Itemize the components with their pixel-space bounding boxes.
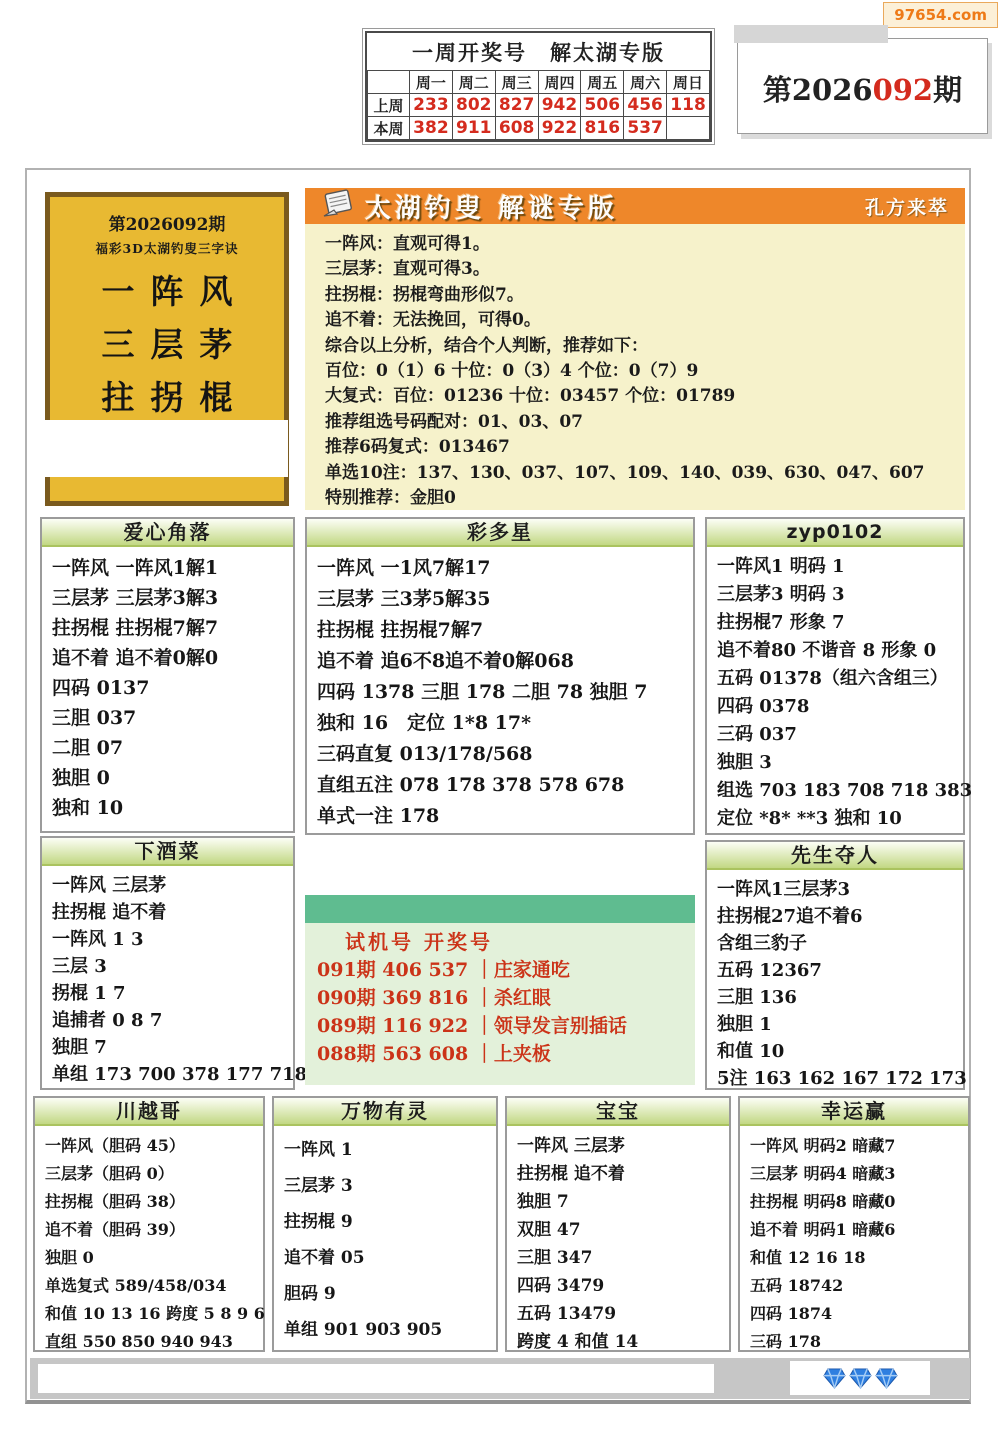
tip-line: 三层茅 3 [284, 1168, 486, 1204]
column-header: 周五 [581, 71, 624, 94]
tip-line: 四码 0137 [52, 673, 283, 703]
tip-line: 一阵风 明码2 暗藏7 [750, 1132, 958, 1160]
tip-line: 跨度 4 和值 14 [517, 1328, 719, 1356]
tip-line: 拄拐棍 9 [284, 1204, 486, 1240]
analysis-line: 推荐6码复式：013467 [325, 435, 945, 460]
tip-line: 单组 901 903 905 [284, 1312, 486, 1348]
panel-xiajiucai: 下酒菜 一阵风 三层茅拄拐棍 追不着一阵风 1 3三层 3拐棍 1 7追捕者 0… [40, 836, 295, 1090]
draw-number: 537 [624, 117, 667, 140]
panel-title: zyp0102 [707, 519, 963, 547]
tip-line: 单组 173 700 378 177 718 [52, 1061, 283, 1088]
tip-line: 一阵风 1 [284, 1132, 486, 1168]
tip-line: 单选复式 589/458/034 [45, 1272, 253, 1300]
draw-number: 233 [410, 94, 453, 117]
tip-line: 追捕者 0 8 7 [52, 1007, 283, 1034]
green-strip [305, 895, 695, 923]
column-header [368, 71, 410, 94]
tip-line: 独胆 1 [717, 1011, 953, 1038]
tip-line: 一阵风 一1风7解17 [317, 553, 683, 584]
tip-line: 三层茅 三3茅5解35 [317, 584, 683, 615]
panel-title: 先生夺人 [707, 842, 963, 870]
tip-line: 胆码 9 [284, 1276, 486, 1312]
analysis-line: 百位：0（1）6 十位：0（3）4 个位：0（7）9 [325, 359, 945, 384]
tip-line: 拄拐棍（胆码 38） [45, 1188, 253, 1216]
tip-line: 三层茅3 明码 3 [717, 581, 953, 609]
gold-issue: 第2026092期 [50, 210, 284, 235]
tip-line: 和值 12 16 18 [750, 1244, 958, 1272]
history-line: 090期 369 816 ｜杀红眼 [317, 984, 695, 1012]
tip-line: 拄拐棍27追不着6 [717, 903, 953, 930]
panel-title: 彩多星 [307, 519, 693, 547]
tip-line: 三层茅 三层茅3解3 [52, 583, 283, 613]
week-draw-title: 一周开奖号 解太湖专版 [367, 33, 710, 70]
draw-number: 456 [624, 94, 667, 117]
tip-line: 直组 550 850 940 943 [45, 1328, 253, 1356]
column-header: 周一 [410, 71, 453, 94]
analysis-line: 推荐组选号码配对：01、03、07 [325, 410, 945, 435]
diamond-icon [849, 1368, 872, 1389]
tip-line: 双胆 47 [517, 1216, 719, 1244]
riddle-line: 三层茅 [50, 318, 284, 371]
tip-line: 追不着（胆码 39） [45, 1216, 253, 1244]
tip-line: 一阵风（胆码 45） [45, 1132, 253, 1160]
panel-lines: 一阵风 三层茅拄拐棍 追不着独胆 7双胆 47三胆 347四码 3479五码 1… [507, 1126, 729, 1356]
draw-number: 922 [538, 117, 581, 140]
tip-line: 拄拐棍 追不着 [517, 1160, 719, 1188]
tip-line: 独和 16 定位 1*8 17* [317, 708, 683, 739]
footer-bar [30, 1358, 970, 1399]
history-line: 089期 116 922 ｜领导发言别插话 [317, 1012, 695, 1040]
tip-line: 三码 037 [717, 721, 953, 749]
analysis-lines: 一阵风：直观可得1。三层茅：直观可得3。拄拐棍：拐棍弯曲形似7。追不着：无法挽回… [305, 224, 965, 510]
tip-line: 一阵风1 明码 1 [717, 553, 953, 581]
tip-line: 三胆 136 [717, 984, 953, 1011]
tip-line: 一阵风 1 3 [52, 926, 283, 953]
riddle-line: 拄拐棍 [50, 371, 284, 424]
table-row: 本周 382 911 608 922 816 537 [368, 117, 710, 140]
table-header-row: 周一 周二 周三 周四 周五 周六 周日 [368, 71, 710, 94]
tip-line: 四码 1874 [750, 1300, 958, 1328]
site-badge[interactable]: 97654.com [883, 2, 998, 28]
panel-header: 太湖钓叟 解谜专版 孔方来萃 [305, 188, 965, 224]
tip-line: 拄拐棍 拄拐棍7解7 [317, 615, 683, 646]
tip-line: 独胆 0 [52, 763, 283, 793]
issue-prefix: 第2026 [763, 73, 873, 107]
draw-number: 608 [495, 117, 538, 140]
tip-line: 拄拐棍 明码8 暗藏0 [750, 1188, 958, 1216]
tip-line: 一阵风1三层茅3 [717, 876, 953, 903]
draw-number: 382 [410, 117, 453, 140]
tip-line: 三层茅 明码4 暗藏3 [750, 1160, 958, 1188]
panel-lines: 一阵风1 明码 1三层茅3 明码 3拄拐棍7 形象 7追不着80 不谐音 8 形… [707, 547, 963, 833]
tip-line: 三层 3 [52, 953, 283, 980]
erased-patch [734, 25, 888, 43]
panel-lines: 一阵风 一阵风1解1三层茅 三层茅3解3拄拐棍 拄拐棍7解7追不着 追不着0解0… [42, 547, 293, 823]
tip-line: 独和 10 [52, 793, 283, 823]
taihu-analysis-panel: 太湖钓叟 解谜专版 孔方来萃 一阵风：直观可得1。三层茅：直观可得3。拄拐棍：拐… [305, 188, 965, 510]
draw-number: 827 [495, 94, 538, 117]
tip-line: 四码 1378 三胆 178 二胆 78 独胆 7 [317, 677, 683, 708]
tip-line: 三胆 037 [52, 703, 283, 733]
panel-lines: 一阵风 一1风7解17三层茅 三3茅5解35拄拐棍 拄拐棍7解7追不着 追6不8… [307, 547, 693, 832]
footer-gem-box [790, 1361, 930, 1395]
analysis-line: 特别推荐：金胆0 [325, 486, 945, 511]
tip-line: 含组三豹子 [717, 930, 953, 957]
overlay-patch [28, 420, 288, 477]
panel-caiduoxing: 彩多星 一阵风 一1风7解17三层茅 三3茅5解35拄拐棍 拄拐棍7解7追不着 … [305, 517, 695, 835]
column-header: 周四 [538, 71, 581, 94]
tip-line: 和值 10 13 16 跨度 5 8 9 6 [45, 1300, 253, 1328]
tip-line: 五码 18742 [750, 1272, 958, 1300]
panel-xingyunying: 幸运赢 一阵风 明码2 暗藏7三层茅 明码4 暗藏3拄拐棍 明码8 暗藏0追不着… [738, 1096, 970, 1352]
tip-line: 追不着 追6不8追不着0解068 [317, 646, 683, 677]
tip-line: 直组五注 078 178 378 578 678 [317, 770, 683, 801]
tip-line: 拄拐棍 追不着 [52, 899, 283, 926]
panel-wanwuyouling: 万物有灵 一阵风 1三层茅 3拄拐棍 9追不着 05胆码 9单组 901 903… [272, 1096, 498, 1352]
tip-line: 独胆 7 [52, 1034, 283, 1061]
tip-line: 二胆 07 [52, 733, 283, 763]
week-draw-table: 周一 周二 周三 周四 周五 周六 周日 上周 233 802 827 942 … [367, 70, 710, 140]
tip-line: 5注 163 162 167 172 173 [717, 1065, 953, 1092]
history-title: 试机号 开奖号 [317, 928, 695, 956]
tip-line: 四码 0378 [717, 693, 953, 721]
panel-lines: 一阵风 1三层茅 3拄拐棍 9追不着 05胆码 9单组 901 903 905 [274, 1126, 496, 1348]
panel-xianshengduoren: 先生夺人 一阵风1三层茅3拄拐棍27追不着6含组三豹子五码 12367三胆 13… [705, 840, 965, 1090]
tip-line: 追不着 明码1 暗藏6 [750, 1216, 958, 1244]
tip-line: 追不着80 不谐音 8 形象 0 [717, 637, 953, 665]
tip-line: 三层茅（胆码 0） [45, 1160, 253, 1188]
tip-line: 五码 13479 [517, 1300, 719, 1328]
tip-line: 拄拐棍7 形象 7 [717, 609, 953, 637]
column-header: 周二 [452, 71, 495, 94]
gold-subtitle: 福彩3D太湖钓叟三字诀 [50, 239, 284, 257]
panel-title: 万物有灵 [274, 1098, 496, 1126]
draw-number: 802 [452, 94, 495, 117]
page: 97654.com 一周开奖号 解太湖专版 周一 周二 周三 周四 周五 周六 … [0, 0, 1000, 1439]
draw-number: 816 [581, 117, 624, 140]
draw-number: 506 [581, 94, 624, 117]
table-row: 上周 233 802 827 942 506 456 118 [368, 94, 710, 117]
row-label: 上周 [368, 94, 410, 117]
tip-line: 三胆 347 [517, 1244, 719, 1272]
history-lines: 091期 406 537 ｜庄家通吃090期 369 816 ｜杀红眼089期 … [317, 956, 695, 1068]
draw-number: 911 [452, 117, 495, 140]
tip-line: 四码 3479 [517, 1272, 719, 1300]
tip-line: 三码直复 013/178/568 [317, 739, 683, 770]
panel-title: 太湖钓叟 解谜专版 [365, 188, 618, 225]
tip-line: 三码 178 [750, 1328, 958, 1356]
tip-line: 定位 *8* **3 独和 10 [717, 805, 953, 833]
column-header: 周日 [667, 71, 710, 94]
tip-line: 追不着 05 [284, 1240, 486, 1276]
panel-title: 爱心角落 [42, 519, 293, 547]
tip-line: 五码 12367 [717, 957, 953, 984]
panel-title: 宝宝 [507, 1098, 729, 1126]
tip-line: 五码 01378（组六含组三） [717, 665, 953, 693]
column-header: 周六 [624, 71, 667, 94]
panel-lines: 一阵风1三层茅3拄拐棍27追不着6含组三豹子五码 12367三胆 136独胆 1… [707, 870, 963, 1092]
panel-title: 下酒菜 [42, 838, 293, 866]
column-header: 周三 [495, 71, 538, 94]
riddle-line: 一阵风 [50, 265, 284, 318]
diamond-icon [823, 1368, 846, 1389]
panel-lines: 一阵风 三层茅拄拐棍 追不着一阵风 1 3三层 3拐棍 1 7追捕者 0 8 7… [42, 866, 293, 1088]
issue-suffix: 期 [933, 73, 962, 107]
analysis-line: 追不着：无法挽回，可得0。 [325, 308, 945, 333]
week-draw-box: 一周开奖号 解太湖专版 周一 周二 周三 周四 周五 周六 周日 上周 233 … [365, 31, 712, 142]
row-label: 本周 [368, 117, 410, 140]
tip-line: 拐棍 1 7 [52, 980, 283, 1007]
panel-lines: 一阵风 明码2 暗藏7三层茅 明码4 暗藏3拄拐棍 明码8 暗藏0追不着 明码1… [740, 1126, 968, 1356]
tip-line: 拄拐棍 拄拐棍7解7 [52, 613, 283, 643]
draw-number [667, 117, 710, 140]
panel-chuanyuege: 川越哥 一阵风（胆码 45）三层茅（胆码 0）拄拐棍（胆码 38）追不着（胆码 … [33, 1096, 265, 1352]
history-body: 试机号 开奖号 091期 406 537 ｜庄家通吃090期 369 816 ｜… [305, 923, 695, 1085]
panel-title: 幸运赢 [740, 1098, 968, 1126]
panel-zyp0102: zyp0102 一阵风1 明码 1三层茅3 明码 3拄拐棍7 形象 7追不着80… [705, 517, 965, 835]
analysis-line: 拄拐棍：拐棍弯曲形似7。 [325, 283, 945, 308]
panel-aixinjiaoluo: 爱心角落 一阵风 一阵风1解1三层茅 三层茅3解3拄拐棍 拄拐棍7解7追不着 追… [40, 517, 295, 833]
draw-number: 118 [667, 94, 710, 117]
analysis-line: 一阵风：直观可得1。 [325, 232, 945, 257]
history-line: 091期 406 537 ｜庄家通吃 [317, 956, 695, 984]
tip-line: 组选 703 183 708 718 383 [717, 777, 953, 805]
analysis-line: 三层茅：直观可得3。 [325, 257, 945, 282]
draw-history-panel: 试机号 开奖号 091期 406 537 ｜庄家通吃090期 369 816 ｜… [305, 895, 695, 1085]
panel-title: 川越哥 [35, 1098, 263, 1126]
tip-line: 单式一注 178 [317, 801, 683, 832]
analysis-line: 大复式：百位：01236 十位：03457 个位：01789 [325, 384, 945, 409]
footer-blank-box [38, 1364, 714, 1393]
tip-line: 一阵风 一阵风1解1 [52, 553, 283, 583]
panel-lines: 一阵风（胆码 45）三层茅（胆码 0）拄拐棍（胆码 38）追不着（胆码 39）独… [35, 1126, 263, 1356]
diamond-icon [875, 1368, 898, 1389]
issue-number: 092 [873, 73, 934, 107]
analysis-line: 单选10注：137、130、037、107、109、140、039、630、04… [325, 461, 945, 486]
draw-number: 942 [538, 94, 581, 117]
panel-baobao: 宝宝 一阵风 三层茅拄拐棍 追不着独胆 7双胆 47三胆 347四码 3479五… [505, 1096, 731, 1352]
notepad-icon [321, 189, 355, 223]
tip-line: 独胆 7 [517, 1188, 719, 1216]
tip-line: 一阵风 三层茅 [52, 872, 283, 899]
issue-box: 第2026092期 [737, 38, 988, 134]
tip-line: 追不着 追不着0解0 [52, 643, 283, 673]
panel-byline: 孔方来萃 [865, 193, 949, 220]
history-line: 088期 563 608 ｜上夹板 [317, 1040, 695, 1068]
tip-line: 独胆 3 [717, 749, 953, 777]
tip-line: 一阵风 三层茅 [517, 1132, 719, 1160]
tip-line: 独胆 0 [45, 1244, 253, 1272]
tip-line: 和值 10 [717, 1038, 953, 1065]
analysis-line: 综合以上分析，结合个人判断，推荐如下： [325, 334, 945, 359]
